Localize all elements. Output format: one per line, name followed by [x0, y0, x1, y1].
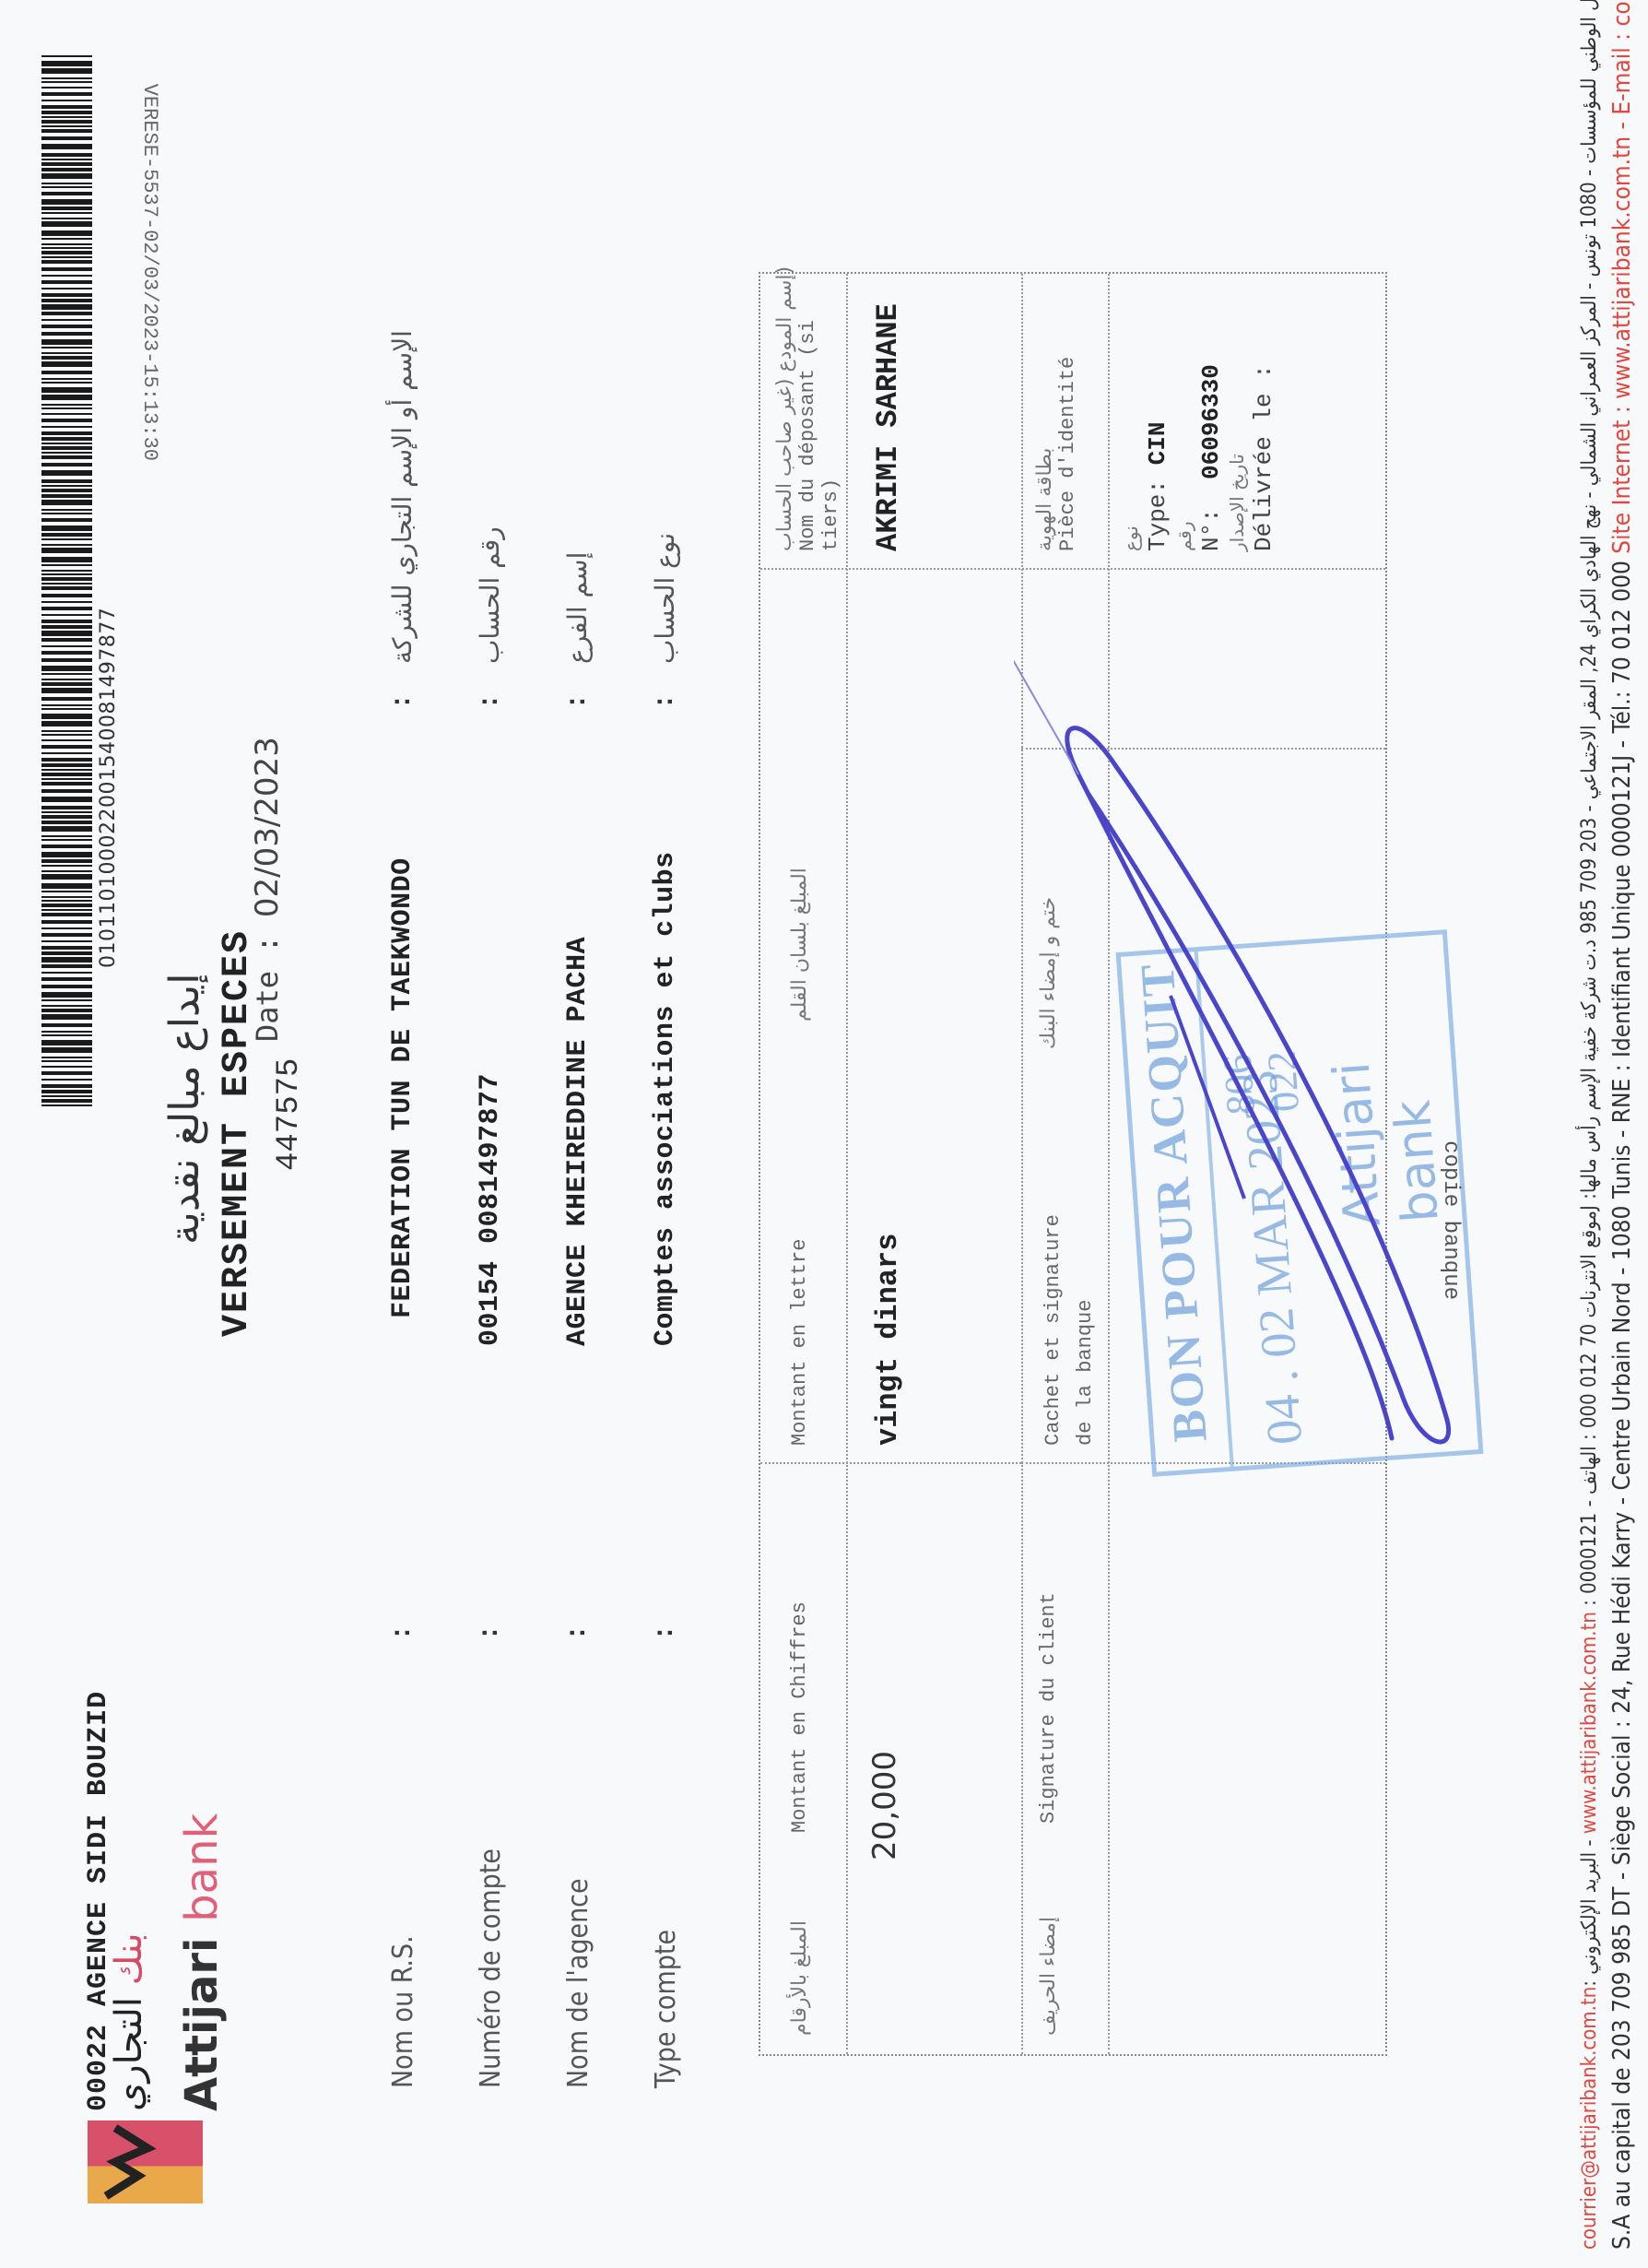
- id-number-value: 06096330: [1197, 364, 1225, 479]
- amount-digits-value: 20,000: [866, 1751, 903, 1860]
- depositor-header: Nom du déposant (si tiers): [796, 266, 842, 551]
- field-value: AGENCE KHEIREDDINE PACHA: [562, 937, 594, 1346]
- field-colon: :: [475, 1624, 506, 1641]
- field-colon-arabic: :: [562, 693, 594, 710]
- field-label: Type compte: [650, 1930, 682, 2088]
- field-colon-arabic: :: [387, 693, 418, 710]
- field-label-arabic: إسم الفرع: [562, 552, 593, 664]
- brand-latin: Attijari bank: [180, 1813, 224, 2111]
- attijari-logo-icon: [88, 2120, 203, 2203]
- amount-digits-header-arabic: المبلغ بالأرقام: [788, 1920, 811, 2036]
- field-value: FEDERATION TUN DE TAEKWONDO: [387, 857, 418, 1318]
- field-label-arabic: نوع الحساب: [650, 533, 680, 664]
- field-label: Nom ou R.S.: [387, 1935, 419, 2088]
- field-value: Comptes associations et clubs: [650, 851, 681, 1346]
- client-signature-label: Signature du client: [1037, 1592, 1060, 1824]
- barcode-number: 01011010002200154008149787​7: [97, 608, 120, 968]
- id-header: Pièce d'identité: [1056, 357, 1079, 551]
- copy-label: copie banque: [1438, 1140, 1463, 1300]
- brand-arabic: بنك التجاري: [111, 1932, 147, 2111]
- amount-digits-header: Montant en Chiffres: [788, 1601, 811, 1833]
- field-colon: :: [650, 1624, 681, 1641]
- amount-words-header: Montant en lettre: [788, 1239, 811, 1446]
- deposit-slip-sheet: 00022 AGENCE SIDI BOUZID بنك التجاري Att…: [0, 0, 1648, 2268]
- footer-line-2: S.A au capital de 203 709 985 DT - Siège…: [1608, 0, 1636, 2250]
- reference-number: 447575: [272, 1058, 307, 1171]
- field-colon-arabic: :: [650, 693, 681, 710]
- field-value: 00154 0081497877: [475, 1073, 506, 1346]
- amount-words-value: vingt dinars: [871, 1234, 905, 1446]
- amount-words-header-arabic: المبلغ بلسان القلم: [788, 868, 811, 1022]
- field-colon: :: [562, 1624, 594, 1641]
- handwritten-signature-icon: [1014, 645, 1475, 1475]
- title-arabic: إيداع مبالغ نقدية: [161, 973, 208, 1245]
- barcode: [41, 55, 92, 1106]
- id-type-value: CIN: [1144, 422, 1171, 466]
- id-issued-label: Délivrée le :: [1249, 364, 1279, 551]
- field-colon-arabic: :: [475, 693, 506, 710]
- field-label: Nom de l'agence: [562, 1878, 594, 2088]
- depositor-value: AKRIMI SARHANE: [871, 303, 905, 551]
- id-details: نوع Type: CIN رقم N°: 06096330 تاريخ الإ…: [1120, 364, 1279, 551]
- field-label: Numéro de compte: [475, 1849, 507, 2088]
- system-timestamp: VERESE-5537-02/03/2023-15:13:30: [138, 84, 161, 461]
- footer-line-1: courrier@attijaribank.com.tn: البريد الإ…: [1578, 0, 1601, 2250]
- field-label-arabic: رقم الحساب: [475, 526, 505, 664]
- field-label-arabic: الإسم أو الإسم التجاري للشركة: [387, 330, 418, 664]
- field-colon: :: [387, 1624, 418, 1641]
- client-signature-label-arabic: إمضاء الحريف: [1037, 1917, 1060, 2036]
- date-line: Date : 02/03/2023: [249, 737, 286, 1042]
